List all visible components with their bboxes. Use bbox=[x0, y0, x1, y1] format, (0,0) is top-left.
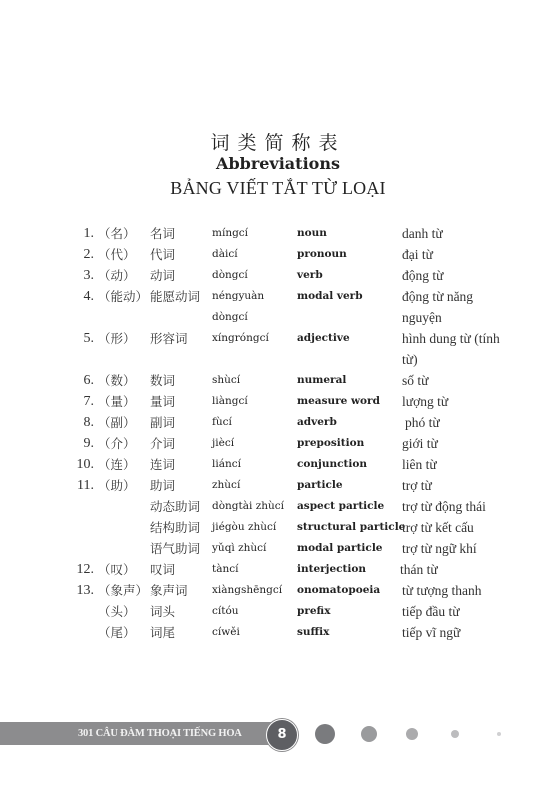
row-english: aspect particle bbox=[297, 496, 384, 517]
row-english: structural particle bbox=[297, 517, 405, 538]
table-row: 6. （数） 数词 shùcí numeral số từ bbox=[0, 370, 556, 391]
row-number: 10. bbox=[70, 454, 94, 475]
row-pinyin: fùcí bbox=[212, 412, 232, 433]
row-pinyin: zhùcí bbox=[212, 475, 240, 496]
row-abbreviation: （象声） bbox=[98, 580, 148, 601]
row-vietnamese: động từ năng nguyện bbox=[402, 286, 482, 328]
row-chinese-term: 名词 bbox=[150, 223, 175, 244]
row-number: 11. bbox=[70, 475, 94, 496]
row-chinese-term: 语气助词 bbox=[150, 538, 200, 559]
row-pinyin: dàicí bbox=[212, 244, 238, 265]
row-chinese-term: 结构助词 bbox=[150, 517, 200, 538]
table-row: （尾） 词尾 cíwěi suffix tiếp vĩ ngữ bbox=[0, 622, 556, 643]
row-pinyin: xiàngshēngcí bbox=[212, 580, 282, 601]
row-vietnamese: trợ từ ngữ khí bbox=[402, 538, 532, 559]
decorative-dot-2 bbox=[361, 726, 377, 742]
row-vietnamese: trợ từ kết cấu bbox=[402, 517, 532, 538]
row-pinyin: xíngróngcí bbox=[212, 328, 269, 349]
row-chinese-term: 能愿动词 bbox=[150, 286, 200, 307]
table-row: 8. （副） 副词 fùcí adverb phó từ bbox=[0, 412, 556, 433]
row-chinese-term: 连词 bbox=[150, 454, 175, 475]
table-row: 10. （连） 连词 liáncí conjunction liên từ bbox=[0, 454, 556, 475]
row-abbreviation: （能动） bbox=[98, 286, 148, 307]
row-abbreviation: （连） bbox=[98, 454, 136, 475]
row-english: pronoun bbox=[297, 244, 347, 265]
row-english: verb bbox=[297, 265, 323, 286]
row-chinese-term: 叹词 bbox=[150, 559, 175, 580]
row-vietnamese: liên từ bbox=[402, 454, 532, 475]
row-chinese-term: 介词 bbox=[150, 433, 175, 454]
row-vietnamese: từ tượng thanh bbox=[402, 580, 532, 601]
row-number: 1. bbox=[70, 223, 94, 244]
row-pinyin: dòngtài zhùcí bbox=[212, 496, 284, 517]
row-english: noun bbox=[297, 223, 327, 244]
row-english: suffix bbox=[297, 622, 329, 643]
table-row: 3. （动） 动词 dòngcí verb động từ bbox=[0, 265, 556, 286]
page-title-vietnamese: BẢNG VIẾT TẮT TỪ LOẠI bbox=[0, 178, 556, 199]
table-row: 12. （叹） 叹词 tàncí interjection thán từ bbox=[0, 559, 556, 580]
row-chinese-term: 代词 bbox=[150, 244, 175, 265]
decorative-dot-1 bbox=[315, 724, 335, 744]
row-chinese-term: 象声词 bbox=[150, 580, 188, 601]
row-english: particle bbox=[297, 475, 343, 496]
row-abbreviation: （形） bbox=[98, 328, 136, 349]
abbreviations-table: 1. （名） 名词 míngcí noun danh từ 2. （代） 代词 … bbox=[0, 223, 556, 643]
row-chinese-term: 词尾 bbox=[150, 622, 175, 643]
table-row: 语气助词 yǔqì zhùcí modal particle trợ từ ng… bbox=[0, 538, 556, 559]
row-pinyin: shùcí bbox=[212, 370, 240, 391]
row-number: 12. bbox=[70, 559, 94, 580]
table-row: （头） 词头 cítóu prefix tiếp đầu từ bbox=[0, 601, 556, 622]
row-chinese-term: 量词 bbox=[150, 391, 175, 412]
row-english: adjective bbox=[297, 328, 350, 349]
pinyin-line-1: néngyuàn bbox=[212, 286, 264, 307]
row-chinese-term: 副词 bbox=[150, 412, 175, 433]
row-english: numeral bbox=[297, 370, 346, 391]
row-pinyin: míngcí bbox=[212, 223, 248, 244]
row-english: onomatopoeia bbox=[297, 580, 380, 601]
table-row: 1. （名） 名词 míngcí noun danh từ bbox=[0, 223, 556, 244]
row-chinese-term: 词头 bbox=[150, 601, 175, 622]
row-english: modal particle bbox=[297, 538, 382, 559]
row-number: 9. bbox=[70, 433, 94, 454]
row-pinyin: liàngcí bbox=[212, 391, 248, 412]
row-number: 13. bbox=[70, 580, 94, 601]
row-abbreviation: （副） bbox=[98, 412, 136, 433]
footer-bar: 301 CÂU ĐÀM THOẠI TIẾNG HOA bbox=[0, 722, 283, 745]
row-vietnamese: danh từ bbox=[402, 223, 532, 244]
row-chinese-term: 数词 bbox=[150, 370, 175, 391]
row-chinese-term: 动词 bbox=[150, 265, 175, 286]
row-pinyin: liáncí bbox=[212, 454, 241, 475]
row-vietnamese: đại từ bbox=[402, 244, 532, 265]
table-row: 13. （象声） 象声词 xiàngshēngcí onomatopoeia t… bbox=[0, 580, 556, 601]
row-pinyin: jiégòu zhùcí bbox=[212, 517, 276, 538]
row-vietnamese: lượng từ bbox=[402, 391, 532, 412]
row-abbreviation: （数） bbox=[98, 370, 136, 391]
row-abbreviation: （头） bbox=[98, 601, 136, 622]
row-abbreviation: （名） bbox=[98, 223, 136, 244]
row-abbreviation: （尾） bbox=[98, 622, 136, 643]
row-abbreviation: （介） bbox=[98, 433, 136, 454]
row-chinese-term: 动态助词 bbox=[150, 496, 200, 517]
row-pinyin: cítóu bbox=[212, 601, 239, 622]
row-pinyin: tàncí bbox=[212, 559, 238, 580]
row-vietnamese: thán từ bbox=[400, 559, 530, 580]
decorative-dot-5 bbox=[497, 732, 501, 736]
row-english: conjunction bbox=[297, 454, 367, 475]
row-english: adverb bbox=[297, 412, 337, 433]
row-vietnamese: giới từ bbox=[402, 433, 532, 454]
row-pinyin: yǔqì zhùcí bbox=[212, 538, 266, 559]
row-pinyin: cíwěi bbox=[212, 622, 240, 643]
table-row: 2. （代） 代词 dàicí pronoun đại từ bbox=[0, 244, 556, 265]
row-number: 4. bbox=[70, 286, 94, 307]
row-chinese-term: 助词 bbox=[150, 475, 175, 496]
row-vietnamese: trợ từ động thái bbox=[402, 496, 532, 517]
row-number: 3. bbox=[70, 265, 94, 286]
row-number: 5. bbox=[70, 328, 94, 349]
table-row: 4. （能动） 能愿动词 néngyuàn dòngcí modal verb … bbox=[0, 286, 556, 328]
row-pinyin: néngyuàn dòngcí bbox=[212, 286, 264, 328]
row-number: 2. bbox=[70, 244, 94, 265]
row-vietnamese: phó từ bbox=[405, 412, 535, 433]
row-english: modal verb bbox=[297, 286, 363, 307]
row-vietnamese: tiếp đầu từ bbox=[402, 601, 532, 622]
decorative-dot-4 bbox=[451, 730, 459, 738]
table-row: 9. （介） 介词 jiècí preposition giới từ bbox=[0, 433, 556, 454]
row-abbreviation: （代） bbox=[98, 244, 136, 265]
table-row: 7. （量） 量词 liàngcí measure word lượng từ bbox=[0, 391, 556, 412]
decorative-dot-3 bbox=[406, 728, 418, 740]
page-title-chinese: 词类简称表 bbox=[0, 128, 556, 155]
row-english: measure word bbox=[297, 391, 380, 412]
row-pinyin: dòngcí bbox=[212, 265, 248, 286]
row-chinese-term: 形容词 bbox=[150, 328, 188, 349]
row-english: interjection bbox=[297, 559, 366, 580]
row-pinyin: jiècí bbox=[212, 433, 234, 454]
row-abbreviation: （叹） bbox=[98, 559, 136, 580]
row-vietnamese: trợ từ bbox=[402, 475, 532, 496]
table-row: 11. （助） 助词 zhùcí particle trợ từ bbox=[0, 475, 556, 496]
row-abbreviation: （助） bbox=[98, 475, 136, 496]
row-number: 6. bbox=[70, 370, 94, 391]
table-row: 动态助词 dòngtài zhùcí aspect particle trợ t… bbox=[0, 496, 556, 517]
row-vietnamese: hình dung từ (tính từ) bbox=[402, 328, 502, 370]
table-row: 5. （形） 形容词 xíngróngcí adjective hình dun… bbox=[0, 328, 556, 370]
row-abbreviation: （量） bbox=[98, 391, 136, 412]
row-number: 7. bbox=[70, 391, 94, 412]
row-vietnamese: động từ bbox=[402, 265, 532, 286]
pinyin-line-2: dòngcí bbox=[212, 307, 264, 328]
row-number: 8. bbox=[70, 412, 94, 433]
row-vietnamese: tiếp vĩ ngữ bbox=[402, 622, 532, 643]
row-vietnamese: số từ bbox=[402, 370, 532, 391]
table-row: 结构助词 jiégòu zhùcí structural particle tr… bbox=[0, 517, 556, 538]
book-title: 301 CÂU ĐÀM THOẠI TIẾNG HOA bbox=[78, 722, 242, 745]
row-english: prefix bbox=[297, 601, 330, 622]
page-title-english: Abbreviations bbox=[0, 154, 556, 173]
row-english: preposition bbox=[297, 433, 364, 454]
page-number: 8 bbox=[266, 719, 298, 751]
row-abbreviation: （动） bbox=[98, 265, 136, 286]
